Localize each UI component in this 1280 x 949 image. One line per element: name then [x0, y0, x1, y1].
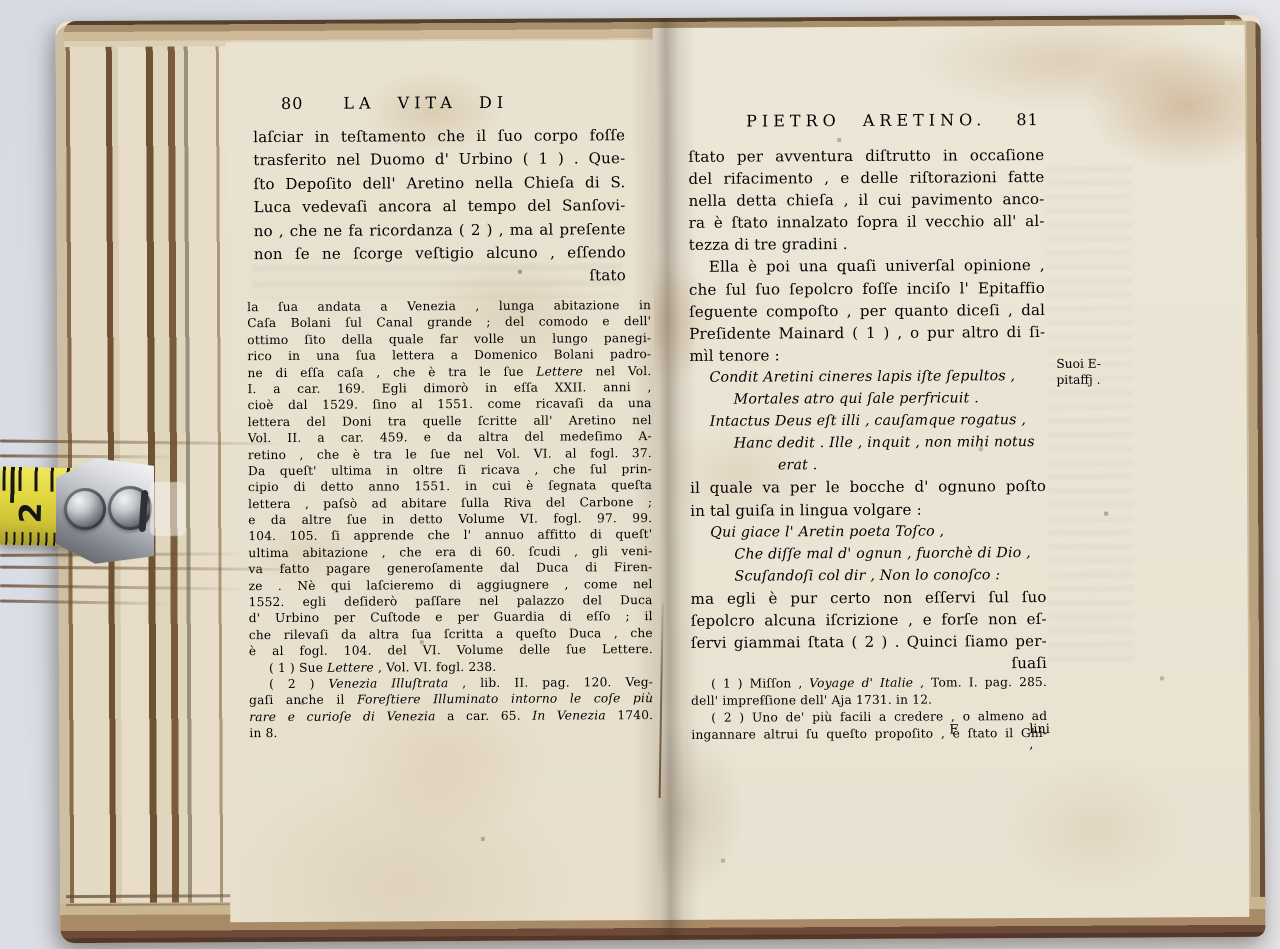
text-line: tezza di tre gradini .: [689, 232, 1045, 256]
text-line: il quale va per le bocche d' ognuno poſt…: [690, 475, 1046, 499]
margin-note-line: Suoi E-: [1056, 355, 1146, 371]
right-running-title: PIETRO ARETINO.: [746, 110, 986, 130]
text-line: ſervi giammai ſtata ( 2 ) . Quinci ſiamo…: [691, 630, 1047, 654]
text-line: ſuaſi: [691, 652, 1047, 676]
left-page-number: 80: [281, 94, 303, 113]
text-line: Luca vedevaſi ancora al tempo del Sanſov…: [254, 194, 626, 219]
text-line: del rifacimento , e delle riſtorazioni f…: [688, 166, 1044, 190]
text-line: Condit Aretini cineres lapis iſte ſepult…: [689, 365, 1045, 389]
text-line: ( 1 ) Miſſon , Voyage d' Italie , Tom. I…: [691, 674, 1047, 693]
book: 80 LA VITA DI laſciar in teſtamento che …: [56, 15, 1266, 943]
text-line: ſto Depoſito dell' Aretino nella Chieſa …: [253, 171, 625, 196]
right-page-number: 81: [1016, 110, 1038, 129]
tape-metal-end-clip: [56, 456, 154, 566]
margin-note: Suoi E- pitaffj .: [1056, 355, 1146, 387]
text-line: ( 2 ) Uno de' più facili a credere , o a…: [691, 708, 1047, 727]
ink-bleedthrough-right: [1046, 166, 1134, 666]
text-line: Che diſſe mal d' ognun , fuorchè di Dio …: [690, 542, 1046, 566]
right-page-header: PIETRO ARETINO. 81: [688, 110, 1100, 131]
margin-note-line: pitaffj .: [1056, 371, 1146, 387]
text-line: Hanc dedit . Ille , inquit , non mihi no…: [690, 431, 1046, 455]
text-line: nella detta chieſa , il cui pavimento an…: [688, 188, 1044, 212]
text-line: che ſul ſuo ſepolcro foſſe inciſo l' Epi…: [689, 277, 1045, 301]
left-page-note-text: la ſua andata a Venezia , lunga abitazio…: [247, 297, 653, 742]
text-line: Preſidente Mainard ( 1 ) , o pur altro d…: [689, 321, 1045, 345]
text-line: no , che ne fa ricordanza ( 2 ) , ma al …: [254, 218, 626, 243]
text-line: ma egli è pur certo non eſſervi ſul ſuo: [691, 586, 1047, 610]
text-line: in 8.: [249, 723, 653, 742]
text-line: laſciar in teſtamento che il ſuo corpo f…: [253, 124, 625, 149]
left-page-main-text: laſciar in teſtamento che il ſuo corpo f…: [253, 124, 626, 290]
signature-mark: F: [949, 722, 958, 737]
text-line: Qui giace l' Aretin poeta Toſco ,: [690, 520, 1046, 544]
text-line: ſtato per avventura diſtrutto in occaſio…: [688, 144, 1044, 168]
text-line: ra è ſtato innalzato ſopra il vecchio al…: [689, 210, 1045, 234]
text-line: mìl tenore :: [689, 343, 1045, 367]
foxing-specks: [56, 21, 58, 23]
text-line: erat .: [690, 453, 1046, 477]
text-line: ingannare altrui ſu queſto propoſito , è…: [691, 725, 1047, 744]
left-page-header: 80 LA VITA DI: [253, 92, 633, 113]
tape-translucent-tab: [150, 482, 186, 536]
text-line: Ella è poi una quaſi univerſal opinione …: [689, 254, 1045, 278]
text-line: ſeguente compoſto , per quanto diceſi , …: [689, 299, 1045, 323]
text-line: non ſe ne ſcorge veſtigio alcuno , eſſen…: [254, 241, 626, 266]
text-line: ſtato: [254, 265, 626, 290]
catchword: lini ,: [1029, 722, 1050, 752]
text-line: Scuſandoſi col dir , Non lo conoſco :: [690, 564, 1046, 588]
text-line: Intactus Deus eſt illi , cauſamque rogat…: [690, 409, 1046, 433]
left-running-title: LA VITA DI: [343, 93, 508, 113]
text-line: Mortales atro qui ſale perfricuit .: [690, 387, 1046, 411]
measuring-tape: 2: [0, 452, 200, 572]
text-line: ſepolcro alcuna iſcrizione , e forſe non…: [691, 608, 1047, 632]
text-line: trasferito nel Duomo d' Urbino ( 1 ) . Q…: [253, 148, 625, 173]
rivet-icon: [64, 488, 106, 530]
text-line: dell' impreſſione dell' Aja 1731. in 12.: [691, 691, 1047, 710]
clip-slot: [139, 490, 149, 532]
tape-number-label: 2: [14, 487, 51, 524]
photo-background: 80 LA VITA DI laſciar in teſtamento che …: [0, 0, 1280, 949]
text-line: in tal guiſa in lingua volgare :: [690, 497, 1046, 521]
right-page-text: ſtato per avventura diſtrutto in occaſio…: [688, 144, 1047, 743]
